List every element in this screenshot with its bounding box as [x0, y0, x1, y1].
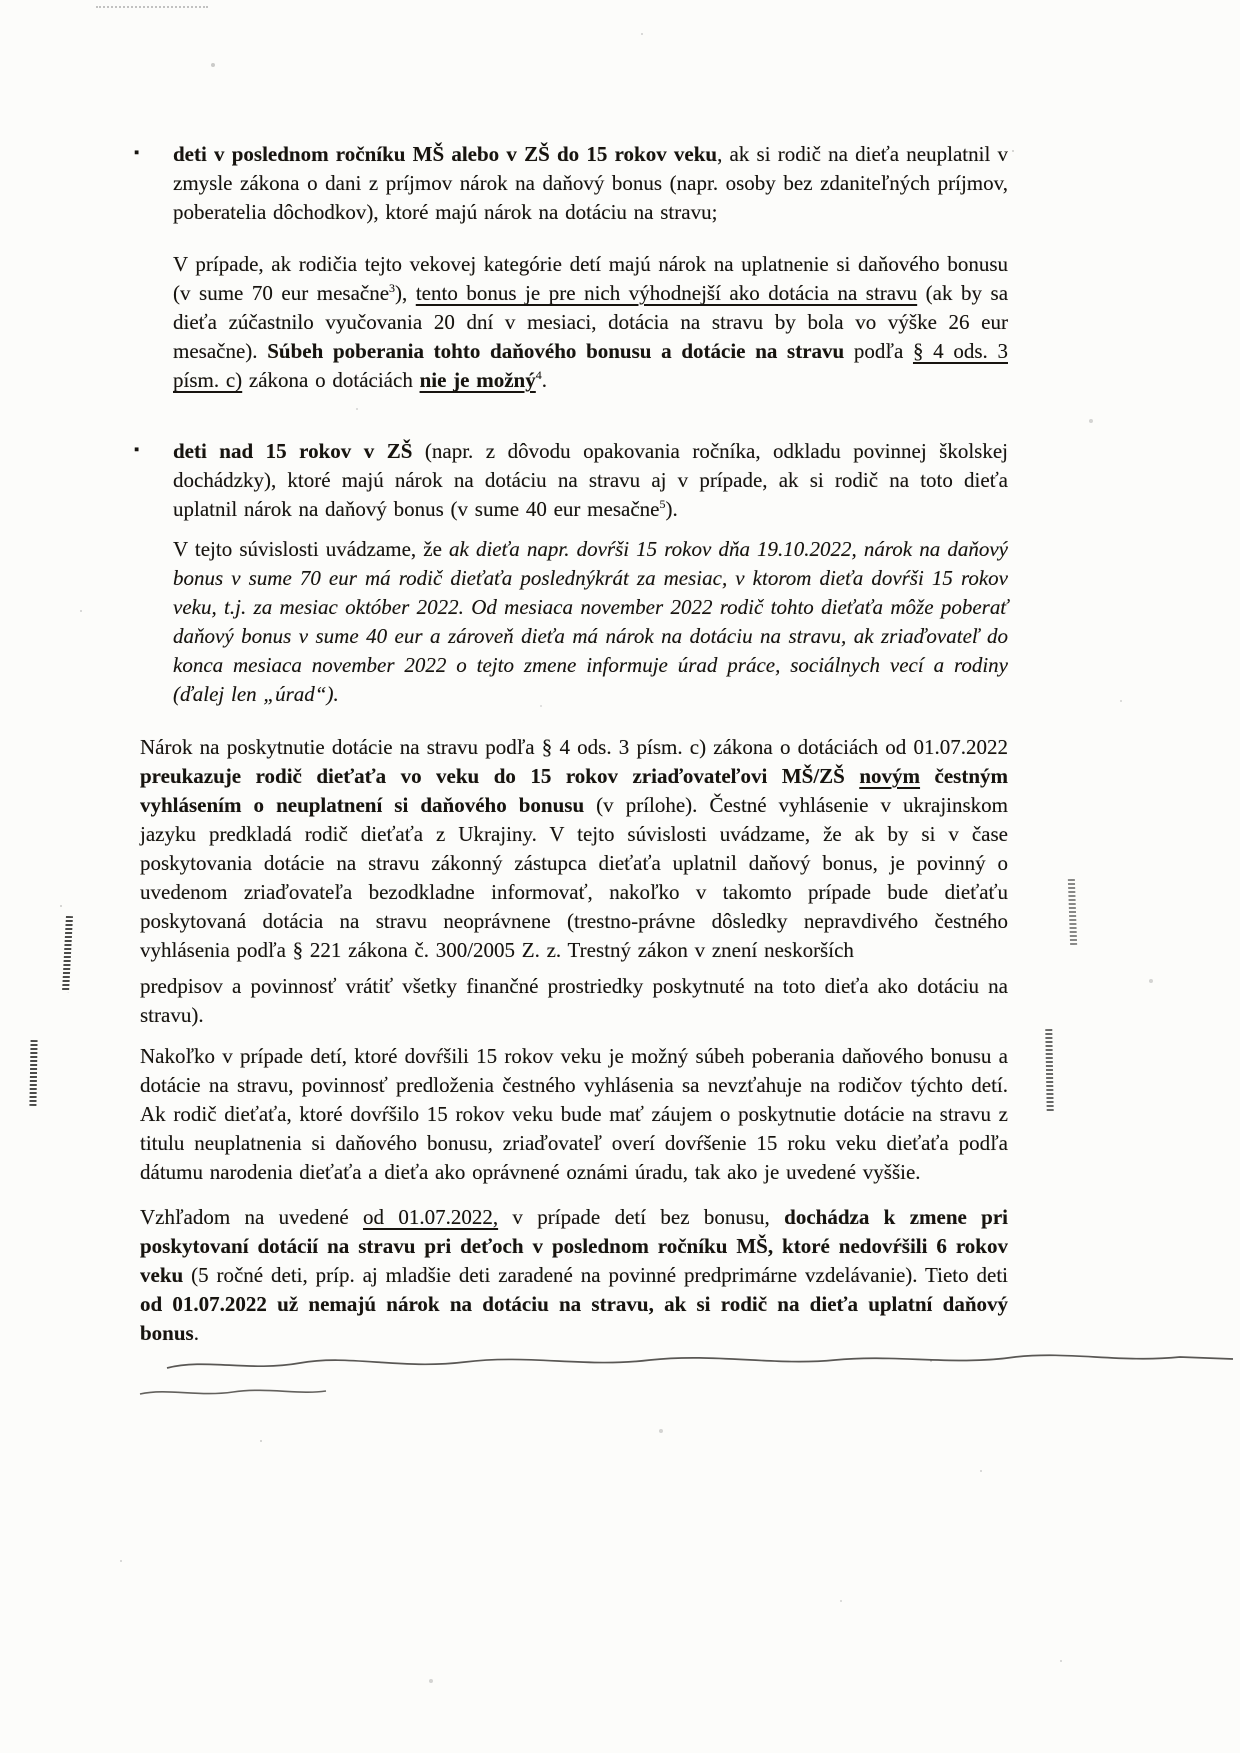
- text-run: v prípade detí bez bonusu,: [498, 1205, 784, 1229]
- paragraph-2: V prípade, ak rodičia tejto vekovej kate…: [140, 250, 1008, 395]
- text-run: Nárok na poskytnutie dotácie na stravu p…: [140, 735, 1008, 759]
- text-run: .: [194, 1321, 199, 1345]
- text-run: novým: [859, 764, 920, 788]
- handwritten-wavy-underline-short: [138, 1384, 328, 1400]
- handwritten-wavy-underline: [165, 1348, 1237, 1376]
- text-run: Nakoľko v prípade detí, ktoré dovŕšili 1…: [140, 1044, 1008, 1184]
- paragraph-5: Nárok na poskytnutie dotácie na stravu p…: [140, 733, 1008, 965]
- document-body: ▪deti v poslednom ročníku MŠ alebo v ZŠ …: [140, 140, 1008, 1348]
- text-run: Súbeh poberania tohto daňového bonusu a …: [267, 339, 844, 363]
- paper-background: ▪deti v poslednom ročníku MŠ alebo v ZŠ …: [0, 0, 1240, 1753]
- text-run: od 01.07.2022,: [363, 1205, 498, 1229]
- text-run: ),: [395, 281, 416, 305]
- paragraph-8: Vzhľadom na uvedené od 01.07.2022, v prí…: [140, 1203, 1008, 1348]
- text-run: nie je možný: [420, 368, 536, 392]
- scan-artifact-margin-smudge: [62, 916, 73, 992]
- bullet-marker-icon: ▪: [134, 139, 139, 168]
- scan-artifact-margin-smudge: [29, 1040, 37, 1106]
- text-run: Vzhľadom na uvedené: [140, 1205, 363, 1229]
- scan-artifact-margin-smudge: [1045, 1029, 1053, 1113]
- text-run: predpisov a povinnosť vrátiť všetky fina…: [140, 974, 1008, 1027]
- text-run: podľa: [844, 339, 913, 363]
- scanned-page: { "page": { "paper_color": "#fcfcfa", "i…: [0, 0, 1240, 1753]
- text-run: deti v poslednom ročníku MŠ alebo v ZŠ d…: [173, 142, 717, 166]
- text-run: ).: [665, 497, 677, 521]
- text-run: deti nad 15 rokov v ZŠ: [173, 439, 412, 463]
- text-run: tento bonus je pre nich výhodnejší ako d…: [416, 281, 917, 305]
- text-run: zákona o dotáciách: [242, 368, 419, 392]
- paragraph-6: predpisov a povinnosť vrátiť všetky fina…: [140, 972, 1008, 1030]
- paragraph-7: Nakoľko v prípade detí, ktoré dovŕšili 1…: [140, 1042, 1008, 1187]
- bullet-item-1: ▪deti v poslednom ročníku MŠ alebo v ZŠ …: [140, 140, 1008, 227]
- scan-artifact-margin-smudge: [1068, 879, 1077, 945]
- text-run: ak dieťa napr. dovŕši 15 rokov dňa 19.10…: [173, 537, 1008, 706]
- text-run: .: [542, 368, 547, 392]
- text-run: od 01.07.2022 už nemajú nárok na dotáciu…: [140, 1292, 1008, 1345]
- text-run: (v prílohe). Čestné vyhlásenie v ukrajin…: [140, 793, 1008, 962]
- paragraph-4: V tejto súvislosti uvádzame, že ak dieťa…: [140, 535, 1008, 709]
- text-run: V tejto súvislosti uvádzame, že: [173, 537, 449, 561]
- scan-noise-specks: [0, 0, 2, 2]
- text-run: preukazuje rodič dieťaťa vo veku do 15 r…: [140, 764, 859, 788]
- scan-artifact-top-dotted-line: [96, 6, 208, 8]
- bullet-marker-icon: ▪: [134, 436, 139, 465]
- text-run: (5 ročné deti, príp. aj mladšie deti zar…: [183, 1263, 1008, 1287]
- bullet-item-3: ▪deti nad 15 rokov v ZŠ (napr. z dôvodu …: [140, 437, 1008, 524]
